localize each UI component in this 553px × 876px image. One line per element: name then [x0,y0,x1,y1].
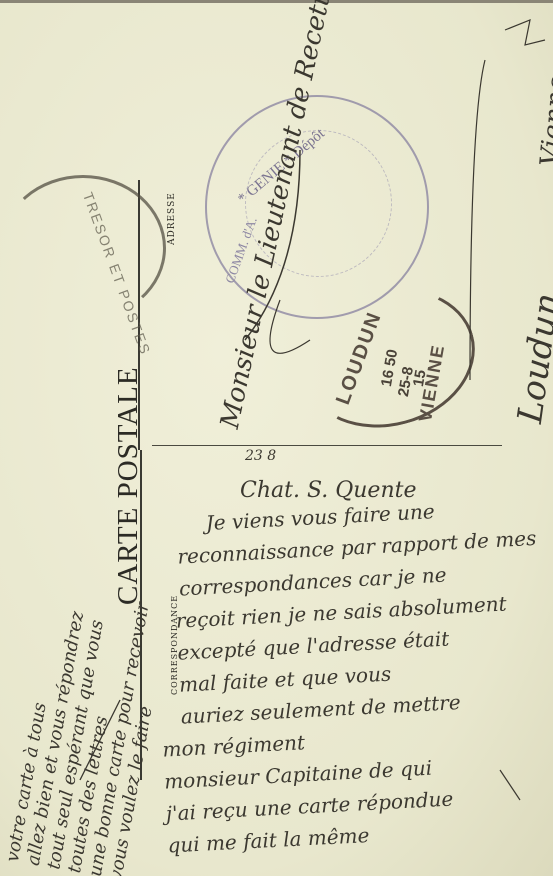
pen-flourishes [0,0,553,876]
postcard-back: CARTE POSTALE ADRESSE CORRESPONDANCE * G… [0,0,553,876]
